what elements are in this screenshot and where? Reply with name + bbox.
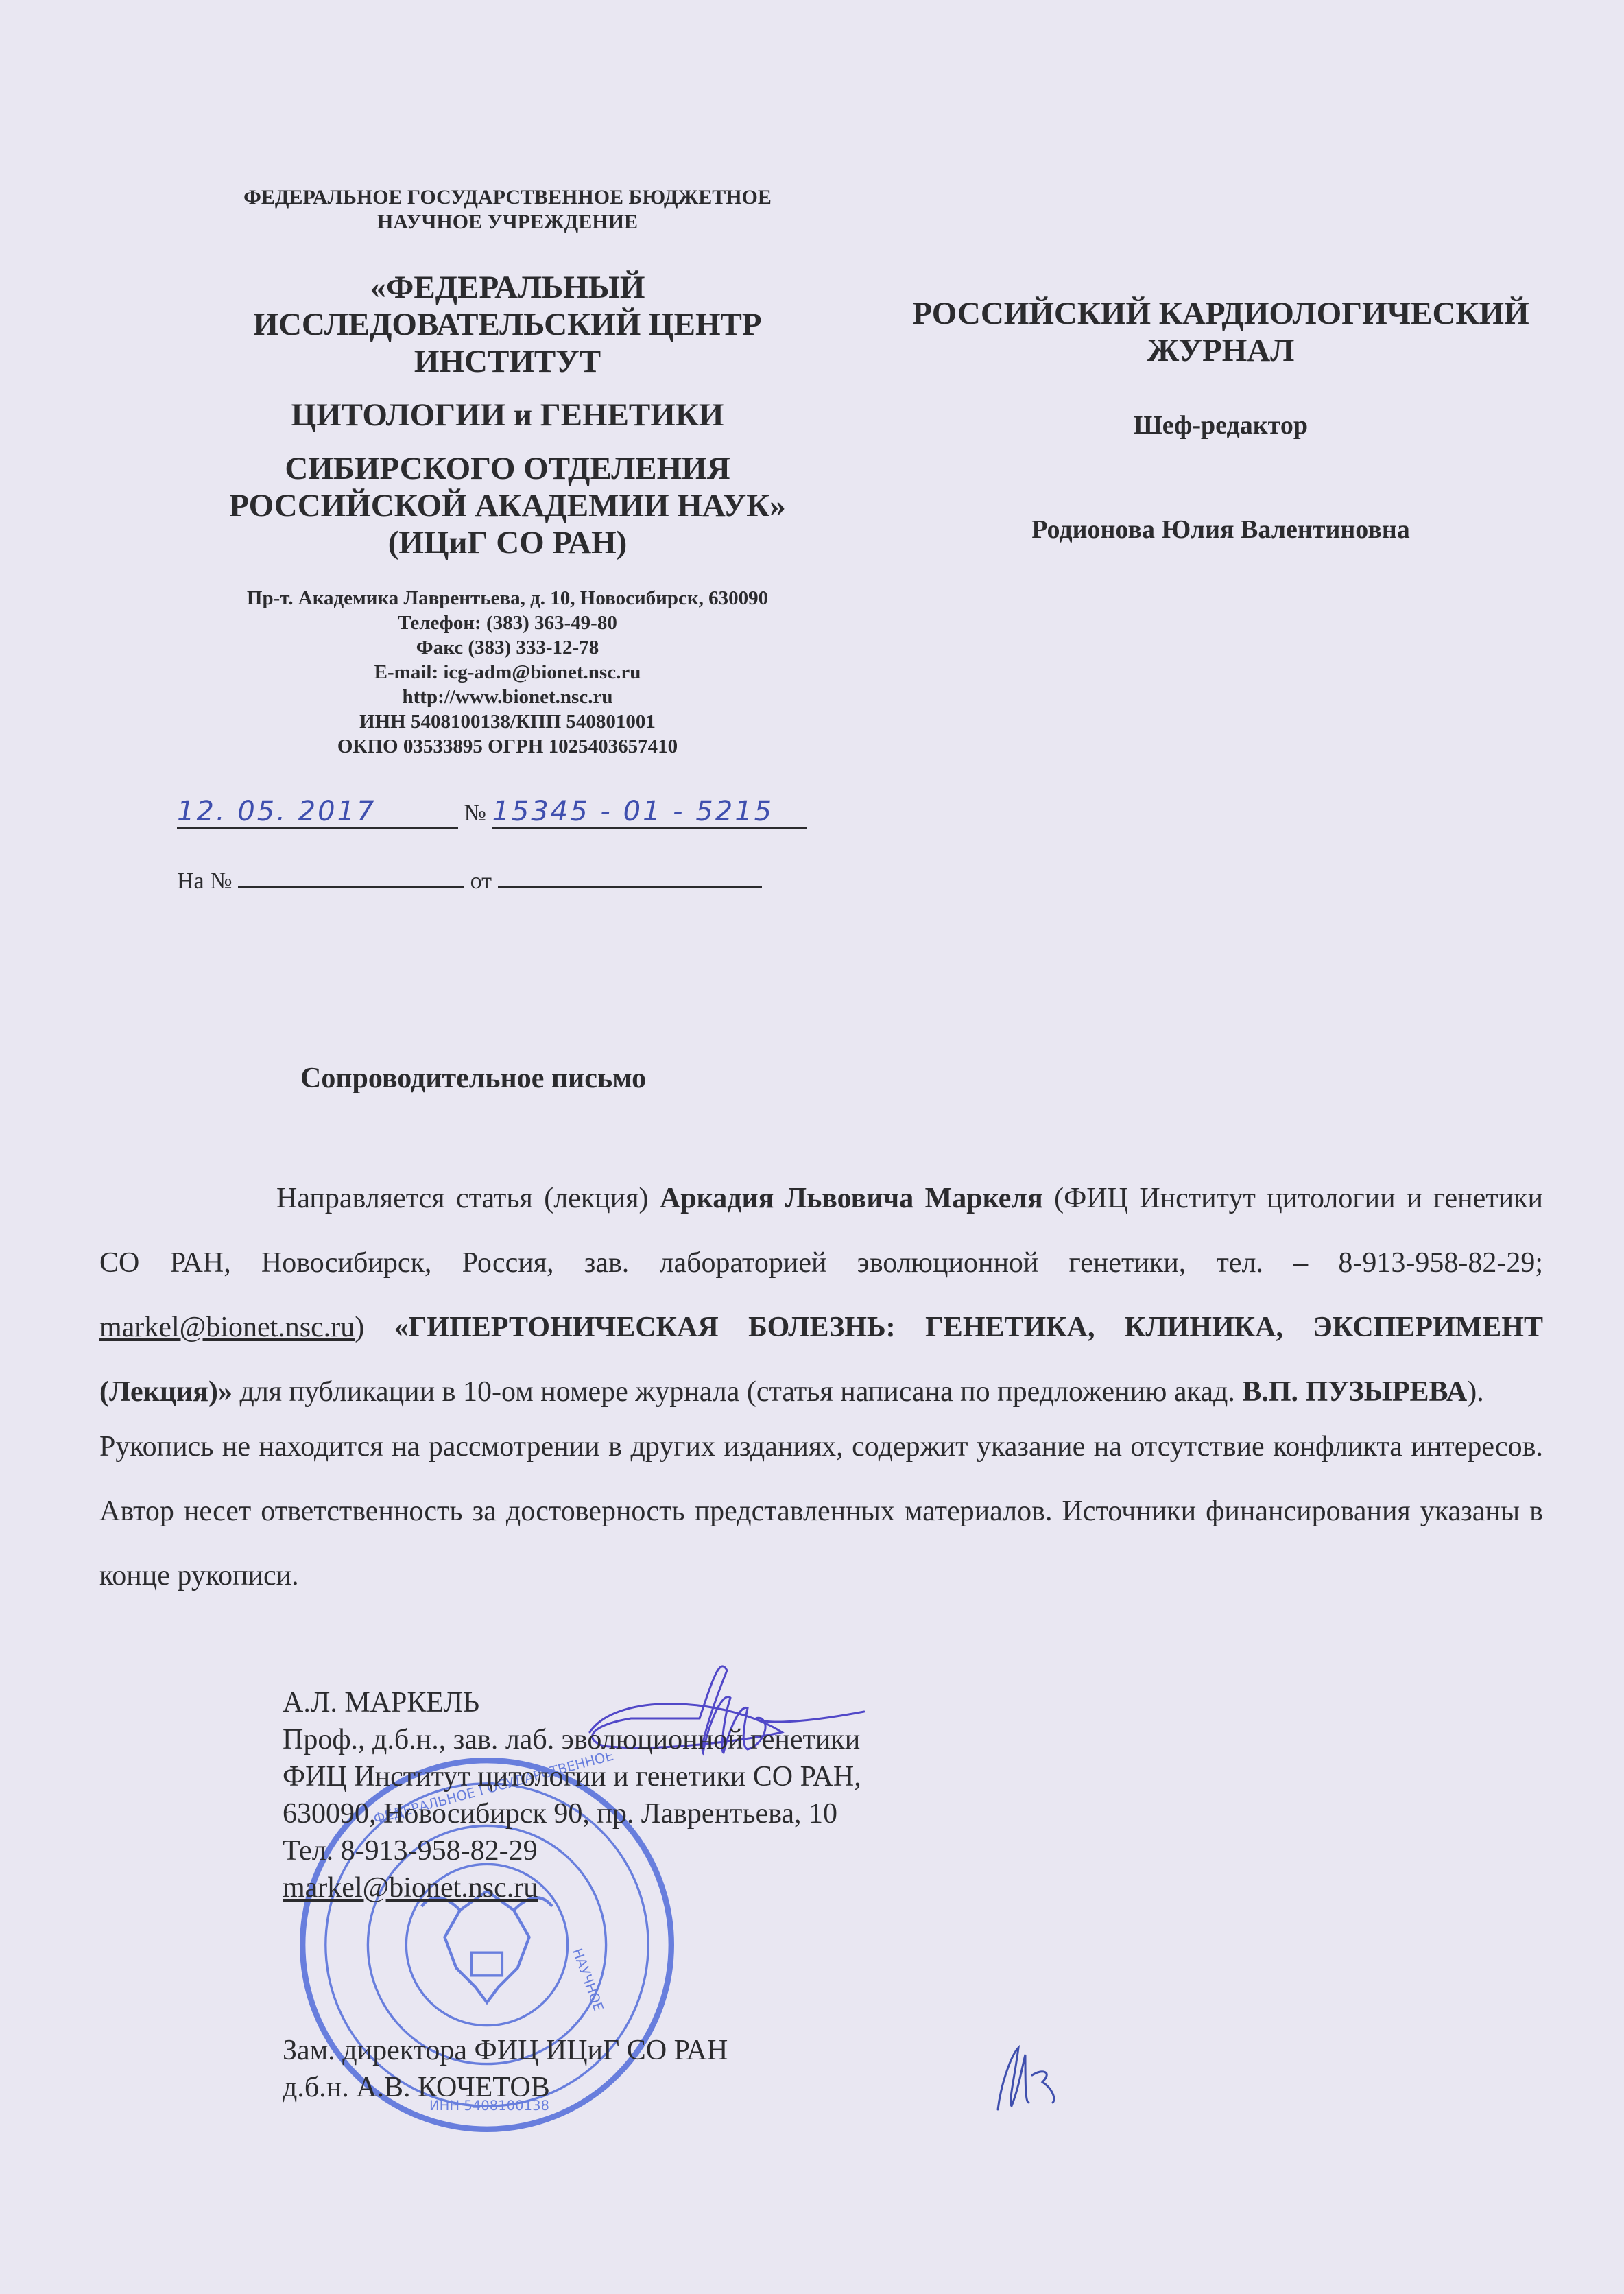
sender-address: Пр-т. Академика Лаврентьева, д. 10, Ново… <box>165 586 850 611</box>
recipient-block: РОССИЙСКИЙ КАРДИОЛОГИЧЕСКИЙ ЖУРНАЛ Шеф-р… <box>871 295 1571 545</box>
handwritten-number: 15345 - 01 - 5215 <box>492 796 774 827</box>
signatory-block: А.Л. МАРКЕЛЬ Проф., д.б.н., зав. лаб. эв… <box>283 1684 861 1906</box>
journal-name-line: ЖУРНАЛ <box>871 332 1571 369</box>
signatory-org: ФИЦ Институт цитологии и генетики СО РАН… <box>283 1758 861 1795</box>
sender-okpo-ogrn: ОКПО 03533895 ОГРН 1025403657410 <box>165 734 850 759</box>
handwritten-date: 12. 05. 2017 <box>177 796 376 827</box>
text-span: ) <box>355 1312 394 1343</box>
signatory-phone: Тел. 8-913-958-82-29 <box>283 1832 861 1869</box>
org-type-line: НАУЧНОЕ УЧРЕЖДЕНИЕ <box>165 210 850 235</box>
reply-date-field <box>498 866 762 888</box>
org-name-line: «ФЕДЕРАЛЬНЫЙ <box>165 269 850 306</box>
org-type-line: ФЕДЕРАЛЬНОЕ ГОСУДАРСТВЕННОЕ БЮДЖЕТНОЕ <box>165 185 850 210</box>
text-span: Направляется статья (лекция) <box>276 1183 660 1214</box>
reply-label: На № <box>177 868 232 894</box>
org-name-line: СИБИРСКОГО ОТДЕЛЕНИЯ <box>165 450 850 487</box>
sender-contacts: Пр-т. Академика Лаврентьева, д. 10, Ново… <box>165 586 850 759</box>
outgoing-registration: 12. 05. 2017 № 15345 - 01 - 5215 <box>177 796 807 829</box>
org-name-line: ИССЛЕДОВАТЕЛЬСКИЙ ЦЕНТР <box>165 306 850 343</box>
sender-phone: Телефон: (383) 363-49-80 <box>165 611 850 635</box>
signatory-address: 630090, Новосибирск 90, пр. Лаврентьева,… <box>283 1795 861 1832</box>
director-position: Зам. директора ФИЦ ИЦиГ СО РАН <box>283 2032 728 2069</box>
initials-signature-icon <box>988 2041 1070 2116</box>
date-field: 12. 05. 2017 <box>177 796 458 829</box>
body-paragraph: Направляется статья (лекция) Аркадия Льв… <box>99 1166 1543 1424</box>
letter-body: Направляется статья (лекция) Аркадия Льв… <box>99 1166 1543 1608</box>
academic-name: В.П. ПУЗЫРЕВА <box>1242 1376 1467 1408</box>
text-span: для публикации в 10-ом номере журнала (с… <box>232 1376 1242 1408</box>
journal-name-line: РОССИЙСКИЙ КАРДИОЛОГИЧЕСКИЙ <box>871 295 1571 332</box>
director-block: Зам. директора ФИЦ ИЦиГ СО РАН д.б.н. А.… <box>283 2032 728 2106</box>
letter-title: Сопроводительное письмо <box>300 1062 646 1095</box>
sender-website: http://www.bionet.nsc.ru <box>165 685 850 709</box>
org-name-line: РОССИЙСКОЙ АКАДЕМИИ НАУК» <box>165 487 850 524</box>
author-email-link[interactable]: markel@bionet.nsc.ru <box>99 1312 355 1343</box>
number-field: 15345 - 01 - 5215 <box>492 796 807 829</box>
org-name-line: ИНСТИТУТ <box>165 343 850 380</box>
from-label: от <box>470 868 492 894</box>
sender-letterhead: ФЕДЕРАЛЬНОЕ ГОСУДАРСТВЕННОЕ БЮДЖЕТНОЕ НА… <box>165 185 850 759</box>
director-name: д.б.н. А.В. КОЧЕТОВ <box>283 2069 728 2106</box>
sender-inn-kpp: ИНН 5408100138/КПП 540801001 <box>165 709 850 734</box>
author-name: Аркадия Львовича Маркеля <box>660 1183 1043 1214</box>
reply-reference: На № от <box>177 866 762 895</box>
number-label: № <box>464 801 486 826</box>
recipient-role: Шеф-редактор <box>871 410 1571 440</box>
sender-email: E-mail: icg-adm@bionet.nsc.ru <box>165 660 850 685</box>
sender-fax: Факс (383) 333-12-78 <box>165 635 850 660</box>
text-span: ). <box>1467 1376 1484 1408</box>
reply-number-field <box>238 866 464 888</box>
body-paragraph: Рукопись не находится на рассмотрении в … <box>99 1415 1543 1608</box>
recipient-name: Родионова Юлия Валентиновна <box>871 515 1571 545</box>
org-name-line: ЦИТОЛОГИИ и ГЕНЕТИКИ <box>165 397 850 434</box>
org-name-line: (ИЦиГ СО РАН) <box>165 524 850 561</box>
signatory-email-link[interactable]: markel@bionet.nsc.ru <box>283 1869 861 1906</box>
signatory-name: А.Л. МАРКЕЛЬ <box>283 1684 861 1721</box>
signatory-title: Проф., д.б.н., зав. лаб. эволюционной ге… <box>283 1721 861 1758</box>
